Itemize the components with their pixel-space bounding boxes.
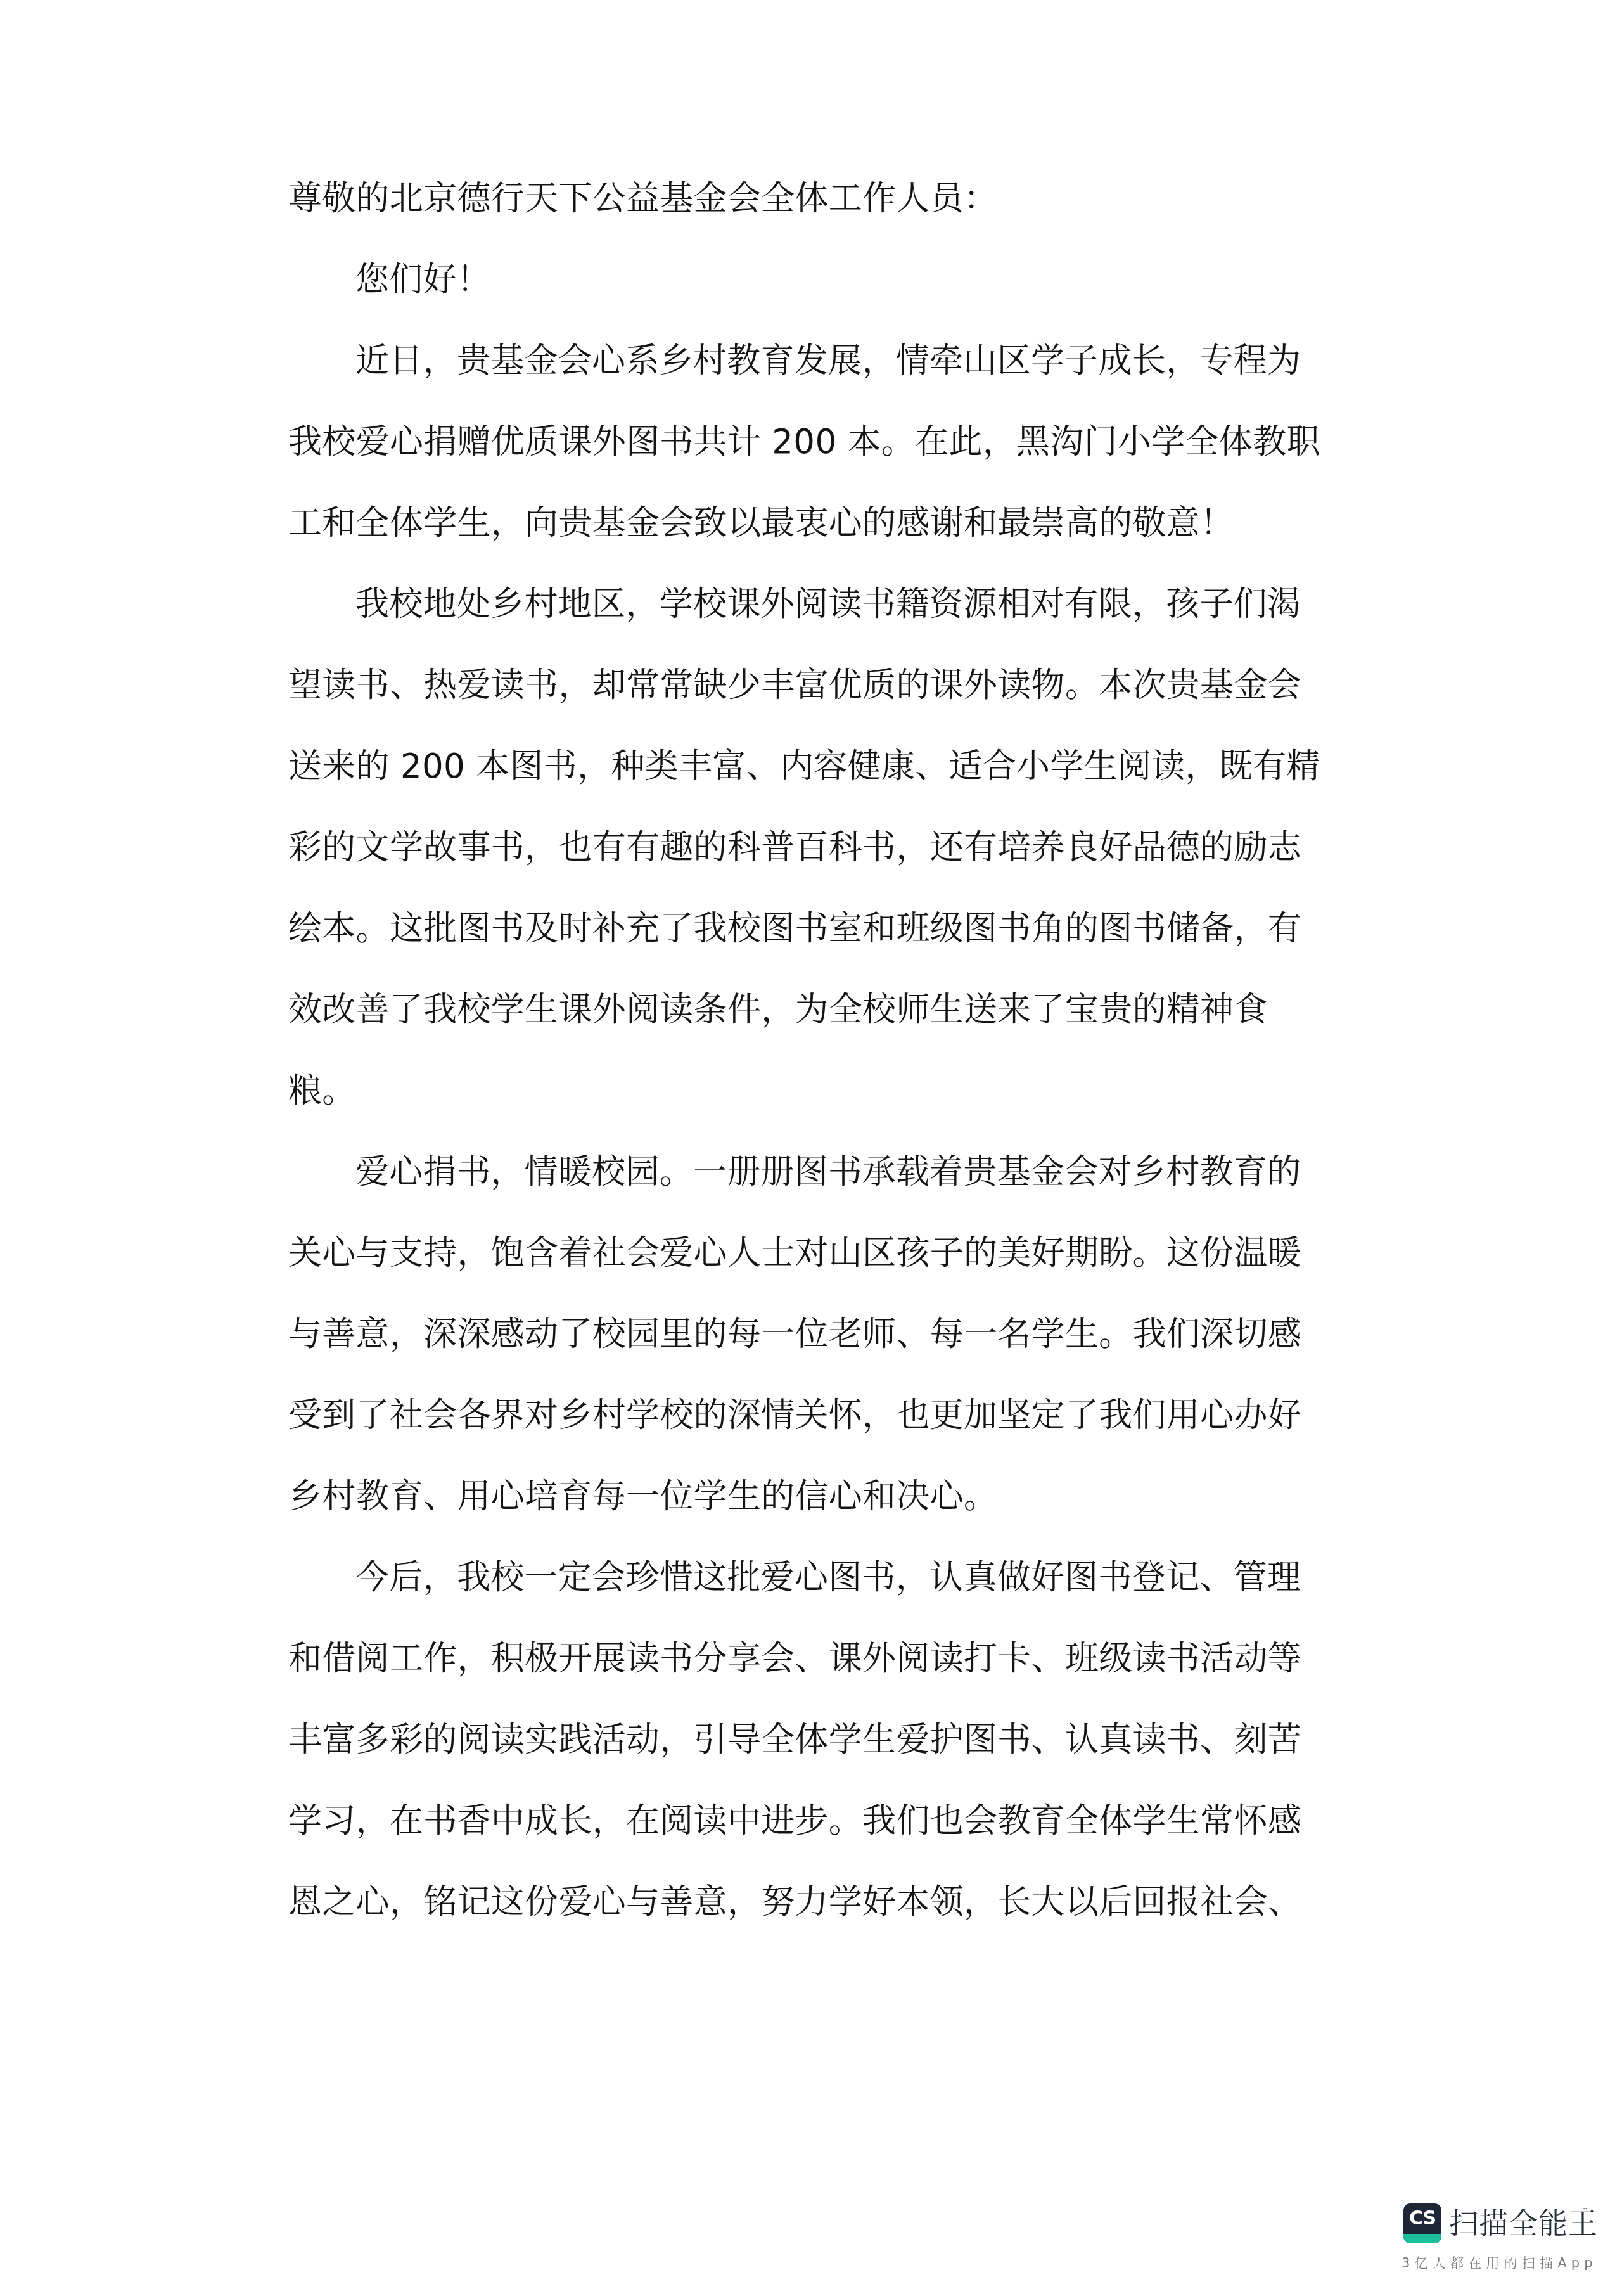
paragraph-line: 乡村教育、用心培育每一位学生的信心和决心。 <box>288 1456 1305 1537</box>
logo-letters: CS <box>1403 2207 1441 2229</box>
camscanner-watermark: CS 扫描全能王 ™ 3亿人都在用的扫描App <box>1403 2203 1593 2280</box>
paragraph-line: 彩的文学故事书，也有有趣的科普百科书，还有培养良好品德的励志 <box>288 807 1305 888</box>
logo-band <box>1403 2234 1441 2243</box>
paragraph-line: 和借阅工作，积极开展读书分享会、课外阅读打卡、班级读书活动等 <box>288 1619 1305 1700</box>
paragraph-1: 近日，贵基金会心系乡村教育发展，情牵山区学子成长，专程为 我校爱心捐赠优质课外图… <box>288 321 1305 564</box>
scanned-letter-page: 尊敬的北京德行天下公益基金会全体工作人员： 您们好！ 近日，贵基金会心系乡村教育… <box>0 0 1622 2296</box>
greeting: 您们好！ <box>288 240 1305 321</box>
paragraph-line: 与善意，深深感动了校园里的每一位老师、每一名学生。我们深切感 <box>288 1294 1305 1375</box>
paragraph-4: 今后，我校一定会珍惜这批爱心图书，认真做好图书登记、管理 和借阅工作，积极开展读… <box>288 1537 1305 1943</box>
paragraph-line: 爱心捐书，情暖校园。一册册图书承载着贵基金会对乡村教育的 <box>288 1132 1305 1213</box>
paragraph-line: 送来的 200 本图书，种类丰富、内容健康、适合小学生阅读，既有精 <box>288 726 1305 807</box>
paragraph-line: 我校地处乡村地区，学校课外阅读书籍资源相对有限，孩子们渴 <box>288 564 1305 645</box>
paragraph-line: 效改善了我校学生课外阅读条件，为全校师生送来了宝贵的精神食 <box>288 970 1305 1051</box>
paragraph-line: 受到了社会各界对乡村学校的深情关怀，也更加坚定了我们用心办好 <box>288 1375 1305 1456</box>
paragraph-line: 望读书、热爱读书，却常常缺少丰富优质的课外读物。本次贵基金会 <box>288 645 1305 726</box>
paragraph-line: 恩之心，铭记这份爱心与善意，努力学好本领，长大以后回报社会、 <box>288 1862 1305 1943</box>
brand-tagline: 3亿人都在用的扫描App <box>1402 2253 1597 2272</box>
paragraph-line: 粮。 <box>288 1051 1305 1132</box>
letter-body: 尊敬的北京德行天下公益基金会全体工作人员： 您们好！ 近日，贵基金会心系乡村教育… <box>288 158 1305 1943</box>
paragraph-line: 今后，我校一定会珍惜这批爱心图书，认真做好图书登记、管理 <box>288 1537 1305 1619</box>
trademark-symbol: ™ <box>1583 2207 1588 2213</box>
paragraph-line: 近日，贵基金会心系乡村教育发展，情牵山区学子成长，专程为 <box>288 321 1305 402</box>
paragraph-line: 丰富多彩的阅读实践活动，引导全体学生爱护图书、认真读书、刻苦 <box>288 1700 1305 1781</box>
paragraph-line: 绘本。这批图书及时补充了我校图书室和班级图书角的图书储备，有 <box>288 888 1305 970</box>
paragraph-3: 爱心捐书，情暖校园。一册册图书承载着贵基金会对乡村教育的 关心与支持，饱含着社会… <box>288 1132 1305 1537</box>
salutation: 尊敬的北京德行天下公益基金会全体工作人员： <box>288 158 1305 240</box>
camscanner-logo-icon: CS <box>1403 2203 1441 2243</box>
paragraph-line: 工和全体学生，向贵基金会致以最衷心的感谢和最崇高的敬意！ <box>288 483 1305 564</box>
paragraph-line: 我校爱心捐赠优质课外图书共计 200 本。在此，黑沟门小学全体教职 <box>288 402 1305 483</box>
paragraph-line: 关心与支持，饱含着社会爱心人士对山区孩子的美好期盼。这份温暖 <box>288 1213 1305 1294</box>
brand-name: 扫描全能王 <box>1449 2206 1598 2240</box>
paragraph-2: 我校地处乡村地区，学校课外阅读书籍资源相对有限，孩子们渴 望读书、热爱读书，却常… <box>288 564 1305 1132</box>
paragraph-line: 学习，在书香中成长，在阅读中进步。我们也会教育全体学生常怀感 <box>288 1781 1305 1862</box>
